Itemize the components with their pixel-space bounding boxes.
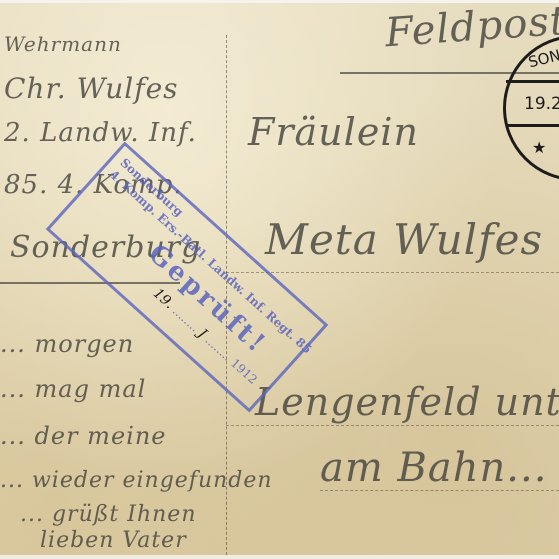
address-line-1	[226, 272, 559, 273]
recipient-street: am Bahn...	[320, 445, 547, 491]
message-line: lieben Vater	[40, 528, 187, 553]
censor-stamp: Sonderburg 4. Komp. Ers.-Batl. Landw. In…	[46, 141, 329, 412]
message-line: ... morgen	[0, 330, 134, 358]
sender-line: Chr. Wulfes	[4, 72, 179, 105]
postmark-town: SON...	[527, 43, 559, 72]
postmark-band-top	[506, 80, 559, 83]
postmark: SON... 19.2 ★	[503, 35, 559, 181]
recipient-name: Meta Wulfes	[265, 215, 543, 264]
address-line-2	[226, 425, 559, 426]
paper-bottom-edge	[0, 555, 559, 559]
postmark-date: 19.2	[524, 94, 559, 114]
message-line: ... wieder eingefunden	[0, 468, 273, 493]
sender-line: 2. Landw. Inf.	[4, 118, 197, 148]
postmark-band-bottom	[506, 124, 559, 127]
recipient-salutation: Fräulein	[248, 110, 419, 154]
star-icon: ★	[532, 138, 546, 157]
message-line: ... der meine	[0, 422, 166, 450]
postcard-photo: Feldpost Wehrmann Chr. Wulfes 2. Landw. …	[0, 0, 559, 559]
paper-top-edge	[0, 0, 559, 3]
stamp-date-year: 1912	[228, 356, 260, 387]
message-line: ... mag mal	[0, 375, 146, 403]
sender-line: Wehrmann	[4, 32, 122, 56]
message-line: ... grüßt Ihnen	[20, 502, 197, 527]
recipient-town: Lengenfeld unt...	[255, 380, 559, 424]
